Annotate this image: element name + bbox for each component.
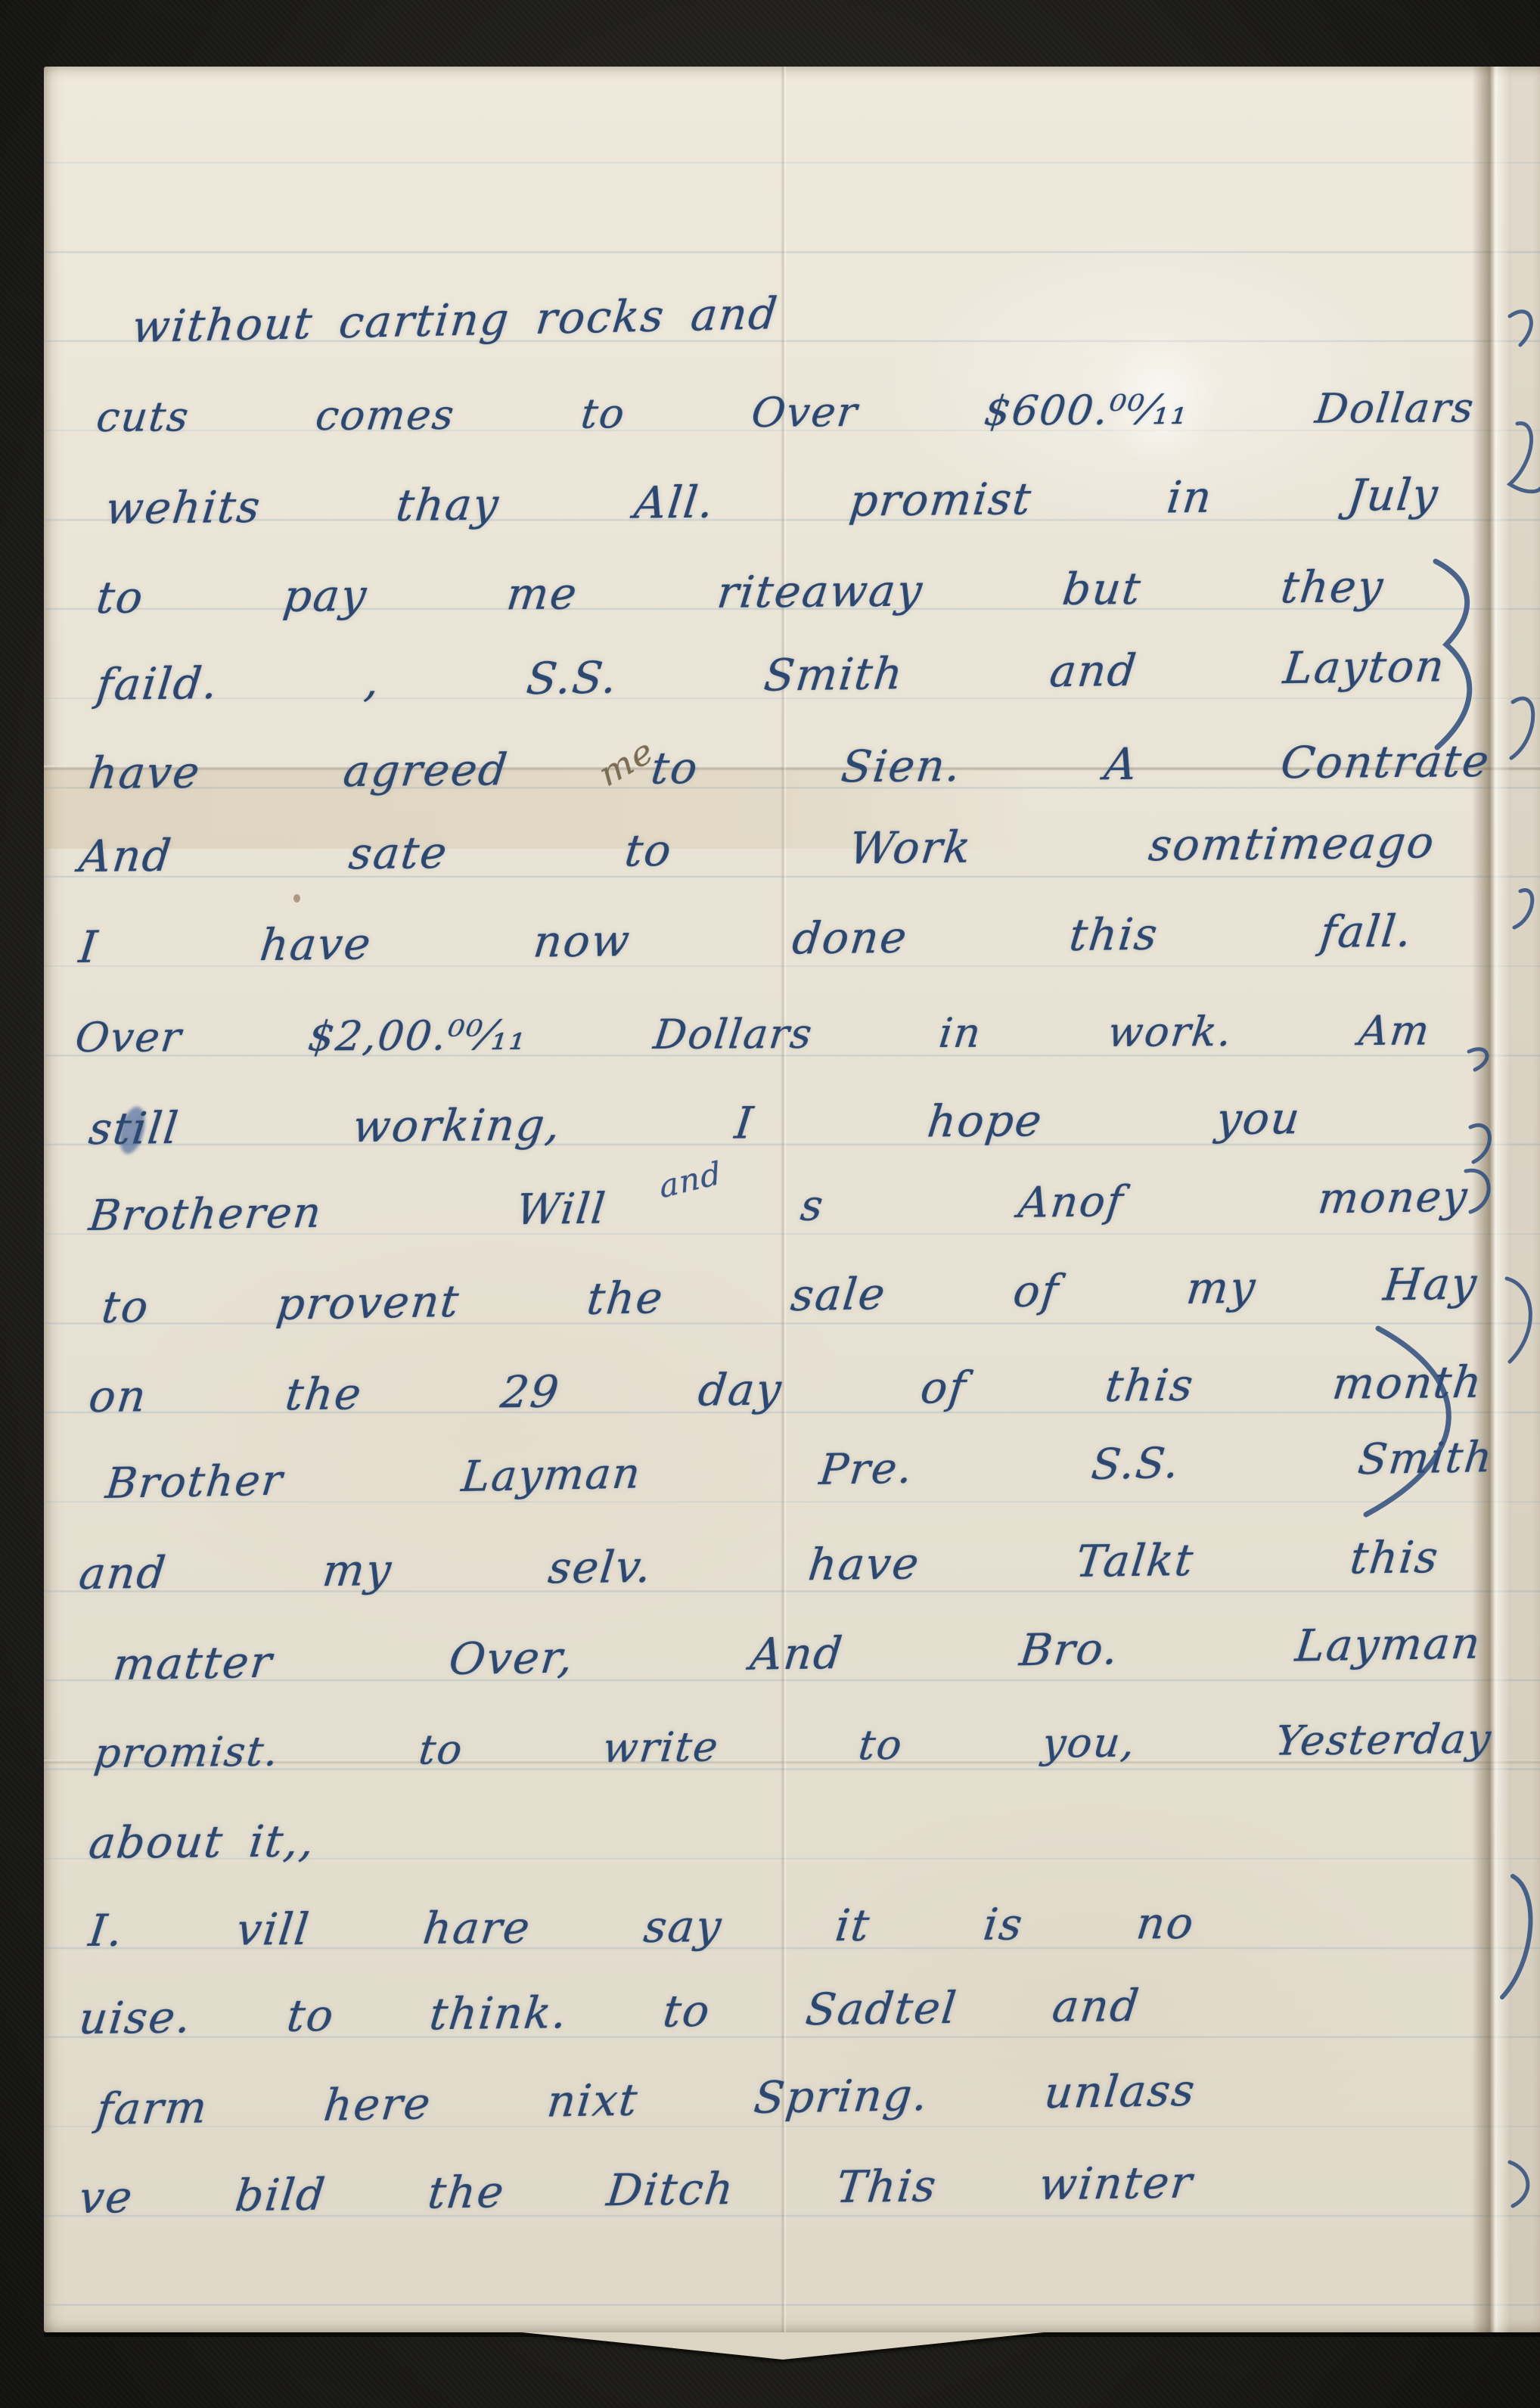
bottom-edge-fold-point — [522, 2332, 1044, 2360]
handwriting-line: promist. to write to you, Yesterday — [91, 1703, 1496, 1790]
handwriting-line: I. vill hare say it is no — [85, 1887, 1198, 1967]
handwriting-line: to pay me riteaway but they — [93, 550, 1389, 634]
handwriting-line: have agreed to Sien. A Contrate — [85, 725, 1495, 809]
handwriting-line: without carting rocks and — [129, 279, 697, 363]
adjacent-page-sliver — [1511, 67, 1540, 2332]
right-page-fold-shadow — [1472, 67, 1511, 2332]
paper-speck — [293, 894, 300, 903]
handwriting-line: wehits thay All. promist in July — [102, 458, 1443, 545]
handwriting-line: And sate to Work somtimeago — [76, 806, 1439, 893]
handwriting-line: Over $2,00.⁰⁰⁄₁₁ Dollars in work. Am — [71, 995, 1434, 1074]
scan-background: without carting rocks andcuts comes to O… — [0, 0, 1540, 2408]
handwriting-line: about it,, — [85, 1804, 381, 1879]
handwriting-line: uise. to think. to Sadtel and — [76, 1969, 1144, 2055]
handwriting-line: still working, I hope you — [85, 1082, 1306, 1165]
handwriting-line: on the 29 day of this month — [85, 1346, 1487, 1433]
handwriting-line: cuts comes to Over $600.⁰⁰⁄₁₁ Dollars — [92, 371, 1479, 454]
